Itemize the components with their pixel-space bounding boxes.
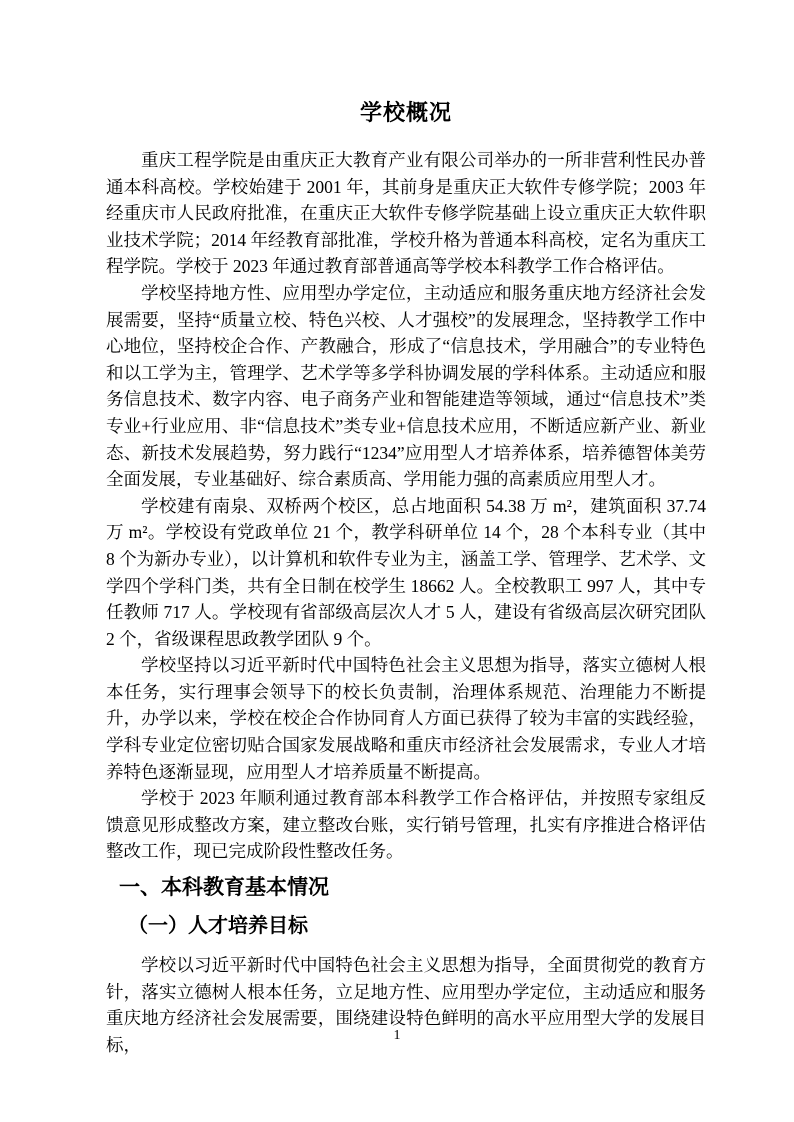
- subsection-heading-talent-training-goal: （一）人才培养目标: [128, 912, 706, 940]
- page-number: 1: [0, 1027, 794, 1045]
- document-page: 学校概况 重庆工程学院是由重庆正大教育产业有限公司举办的一所非营利性民办普通本科…: [0, 0, 794, 1122]
- section-heading-basic-education: 一、本科教育基本情况: [119, 873, 706, 903]
- body-paragraph-2: 学校坚持地方性、应用型办学定位，主动适应和服务重庆地方经济社会发展需要，坚持“质…: [106, 280, 706, 493]
- body-paragraph-1: 重庆工程学院是由重庆正大教育产业有限公司举办的一所非营利性民办普通本科高校。学校…: [106, 147, 706, 280]
- body-paragraph-3: 学校建有南泉、双桥两个校区，总占地面积 54.38 万 m²，建筑面积 37.7…: [106, 493, 706, 653]
- body-paragraph-4: 学校坚持以习近平新时代中国特色社会主义思想为指导，落实立德树人根本任务，实行理事…: [106, 652, 706, 785]
- document-content: 学校概况 重庆工程学院是由重庆正大教育产业有限公司举办的一所非营利性民办普通本科…: [106, 98, 706, 1058]
- body-paragraph-5: 学校于 2023 年顺利通过教育部本科教学工作合格评估，并按照专家组反馈意见形成…: [106, 785, 706, 865]
- document-title: 学校概况: [106, 98, 706, 128]
